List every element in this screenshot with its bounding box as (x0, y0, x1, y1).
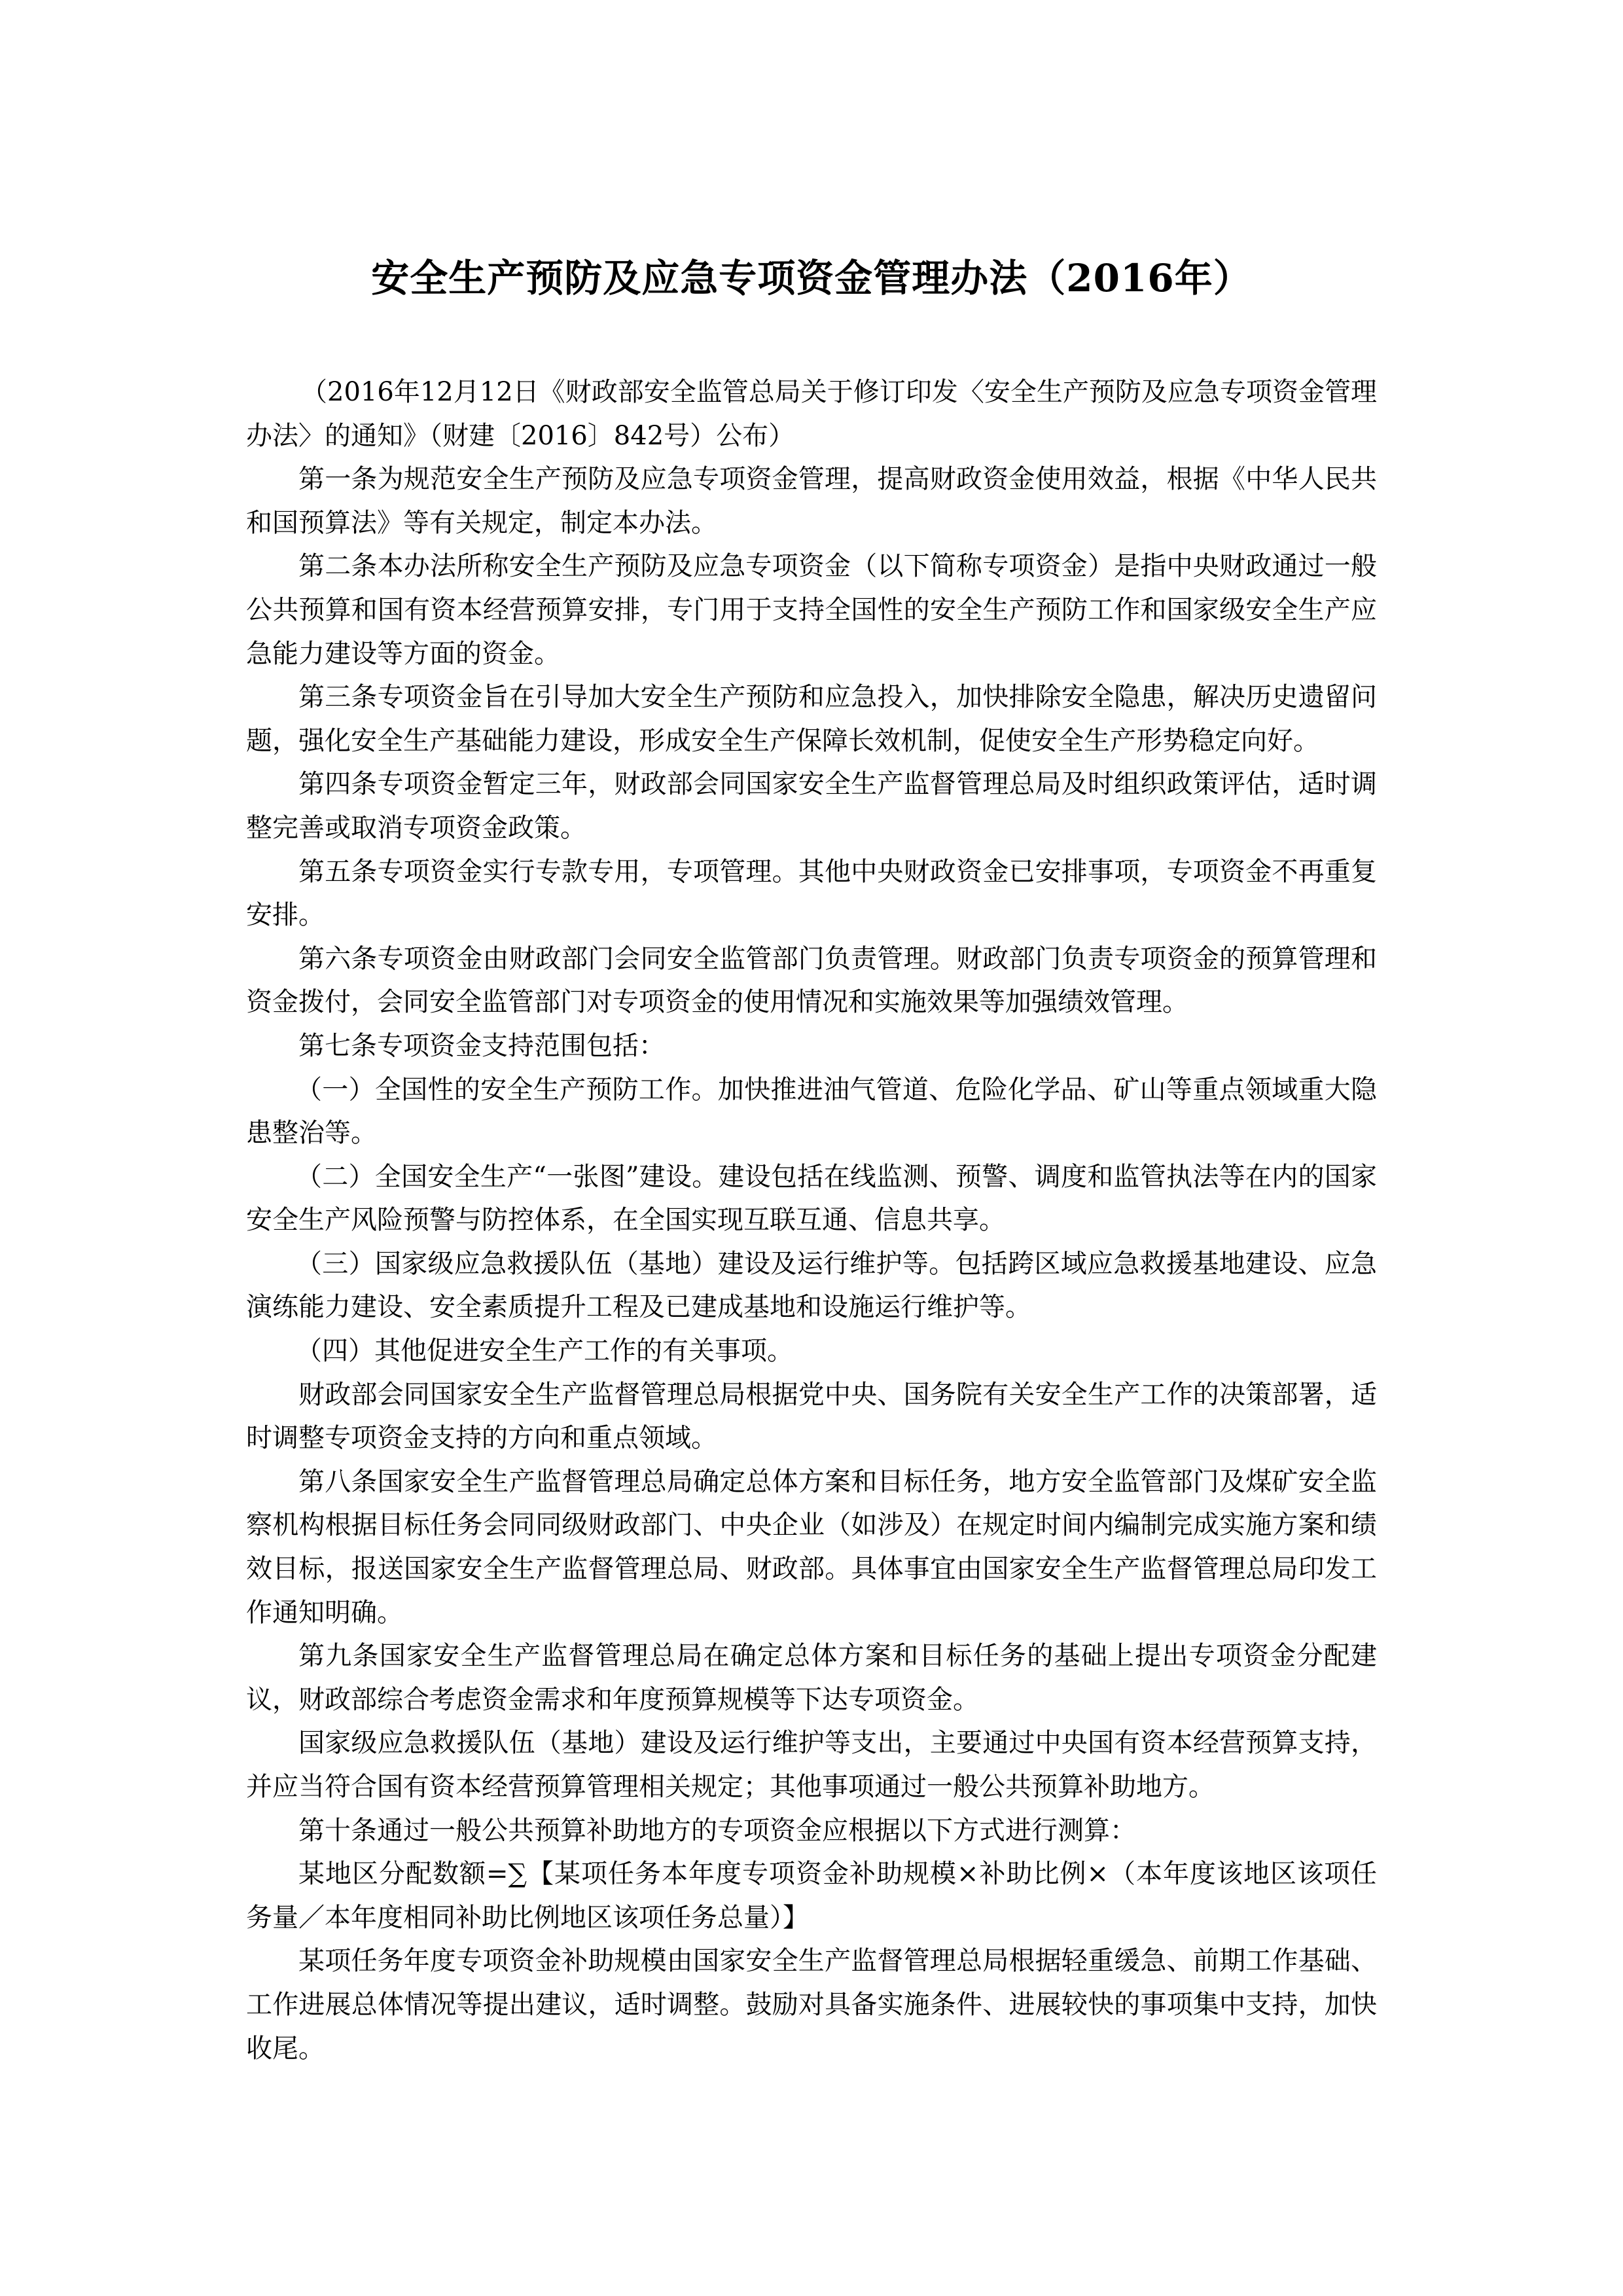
article-10: 第十条通过一般公共预算补助地方的专项资金应根据以下方式进行测算： (246, 1809, 1377, 1853)
article-1: 第一条为规范安全生产预防及应急专项资金管理，提高财政资金使用效益，根据《中华人民… (246, 457, 1377, 545)
article-5: 第五条专项资金实行专款专用，专项管理。其他中央财政资金已安排事项，专项资金不再重… (246, 850, 1377, 937)
article-7-item-1: （一）全国性的安全生产预防工作。加快推进油气管道、危险化学品、矿山等重点领域重大… (246, 1068, 1377, 1155)
article-7-item-2: （二）全国安全生产“一张图”建设。建设包括在线监测、预警、调度和监管执法等在内的… (246, 1155, 1377, 1242)
allocation-formula: 某地区分配数额=∑【某项任务本年度专项资金补助规模×补助比例×（本年度该地区该项… (246, 1852, 1377, 1939)
article-7: 第七条专项资金支持范围包括： (246, 1024, 1377, 1068)
article-6: 第六条专项资金由财政部门会同安全监管部门负责管理。财政部门负责专项资金的预算管理… (246, 937, 1377, 1024)
article-4: 第四条专项资金暂定三年，财政部会同国家安全生产监督管理总局及时组织政策评估，适时… (246, 762, 1377, 850)
article-10-note: 某项任务年度专项资金补助规模由国家安全生产监督管理总局根据轻重缓急、前期工作基础… (246, 1939, 1377, 2070)
article-7-item-4: （四）其他促进安全生产工作的有关事项。 (246, 1329, 1377, 1373)
article-7-item-3: （三）国家级应急救援队伍（基地）建设及运行维护等。包括跨区域应急救援基地建设、应… (246, 1242, 1377, 1329)
document-page: 安全生产预防及应急专项资金管理办法（2016年） （2016年12月12日《财政… (0, 0, 1623, 2296)
document-title: 安全生产预防及应急专项资金管理办法（2016年） (0, 252, 1623, 304)
article-8: 第八条国家安全生产监督管理总局确定总体方案和目标任务，地方安全监管部门及煤矿安全… (246, 1460, 1377, 1634)
article-2: 第二条本办法所称安全生产预防及应急专项资金（以下简称专项资金）是指中央财政通过一… (246, 545, 1377, 675)
article-7-note: 财政部会同国家安全生产监督管理总局根据党中央、国务院有关安全生产工作的决策部署，… (246, 1373, 1377, 1460)
document-body: （2016年12月12日《财政部安全监管总局关于修订印发〈安全生产预防及应急专项… (246, 370, 1377, 2070)
article-3: 第三条专项资金旨在引导加大安全生产预防和应急投入，加快排除安全隐患，解决历史遗留… (246, 675, 1377, 762)
source-note: （2016年12月12日《财政部安全监管总局关于修订印发〈安全生产预防及应急专项… (246, 370, 1377, 457)
article-9: 第九条国家安全生产监督管理总局在确定总体方案和目标任务的基础上提出专项资金分配建… (246, 1634, 1377, 1721)
article-9-note: 国家级应急救援队伍（基地）建设及运行维护等支出，主要通过中央国有资本经营预算支持… (246, 1721, 1377, 1808)
